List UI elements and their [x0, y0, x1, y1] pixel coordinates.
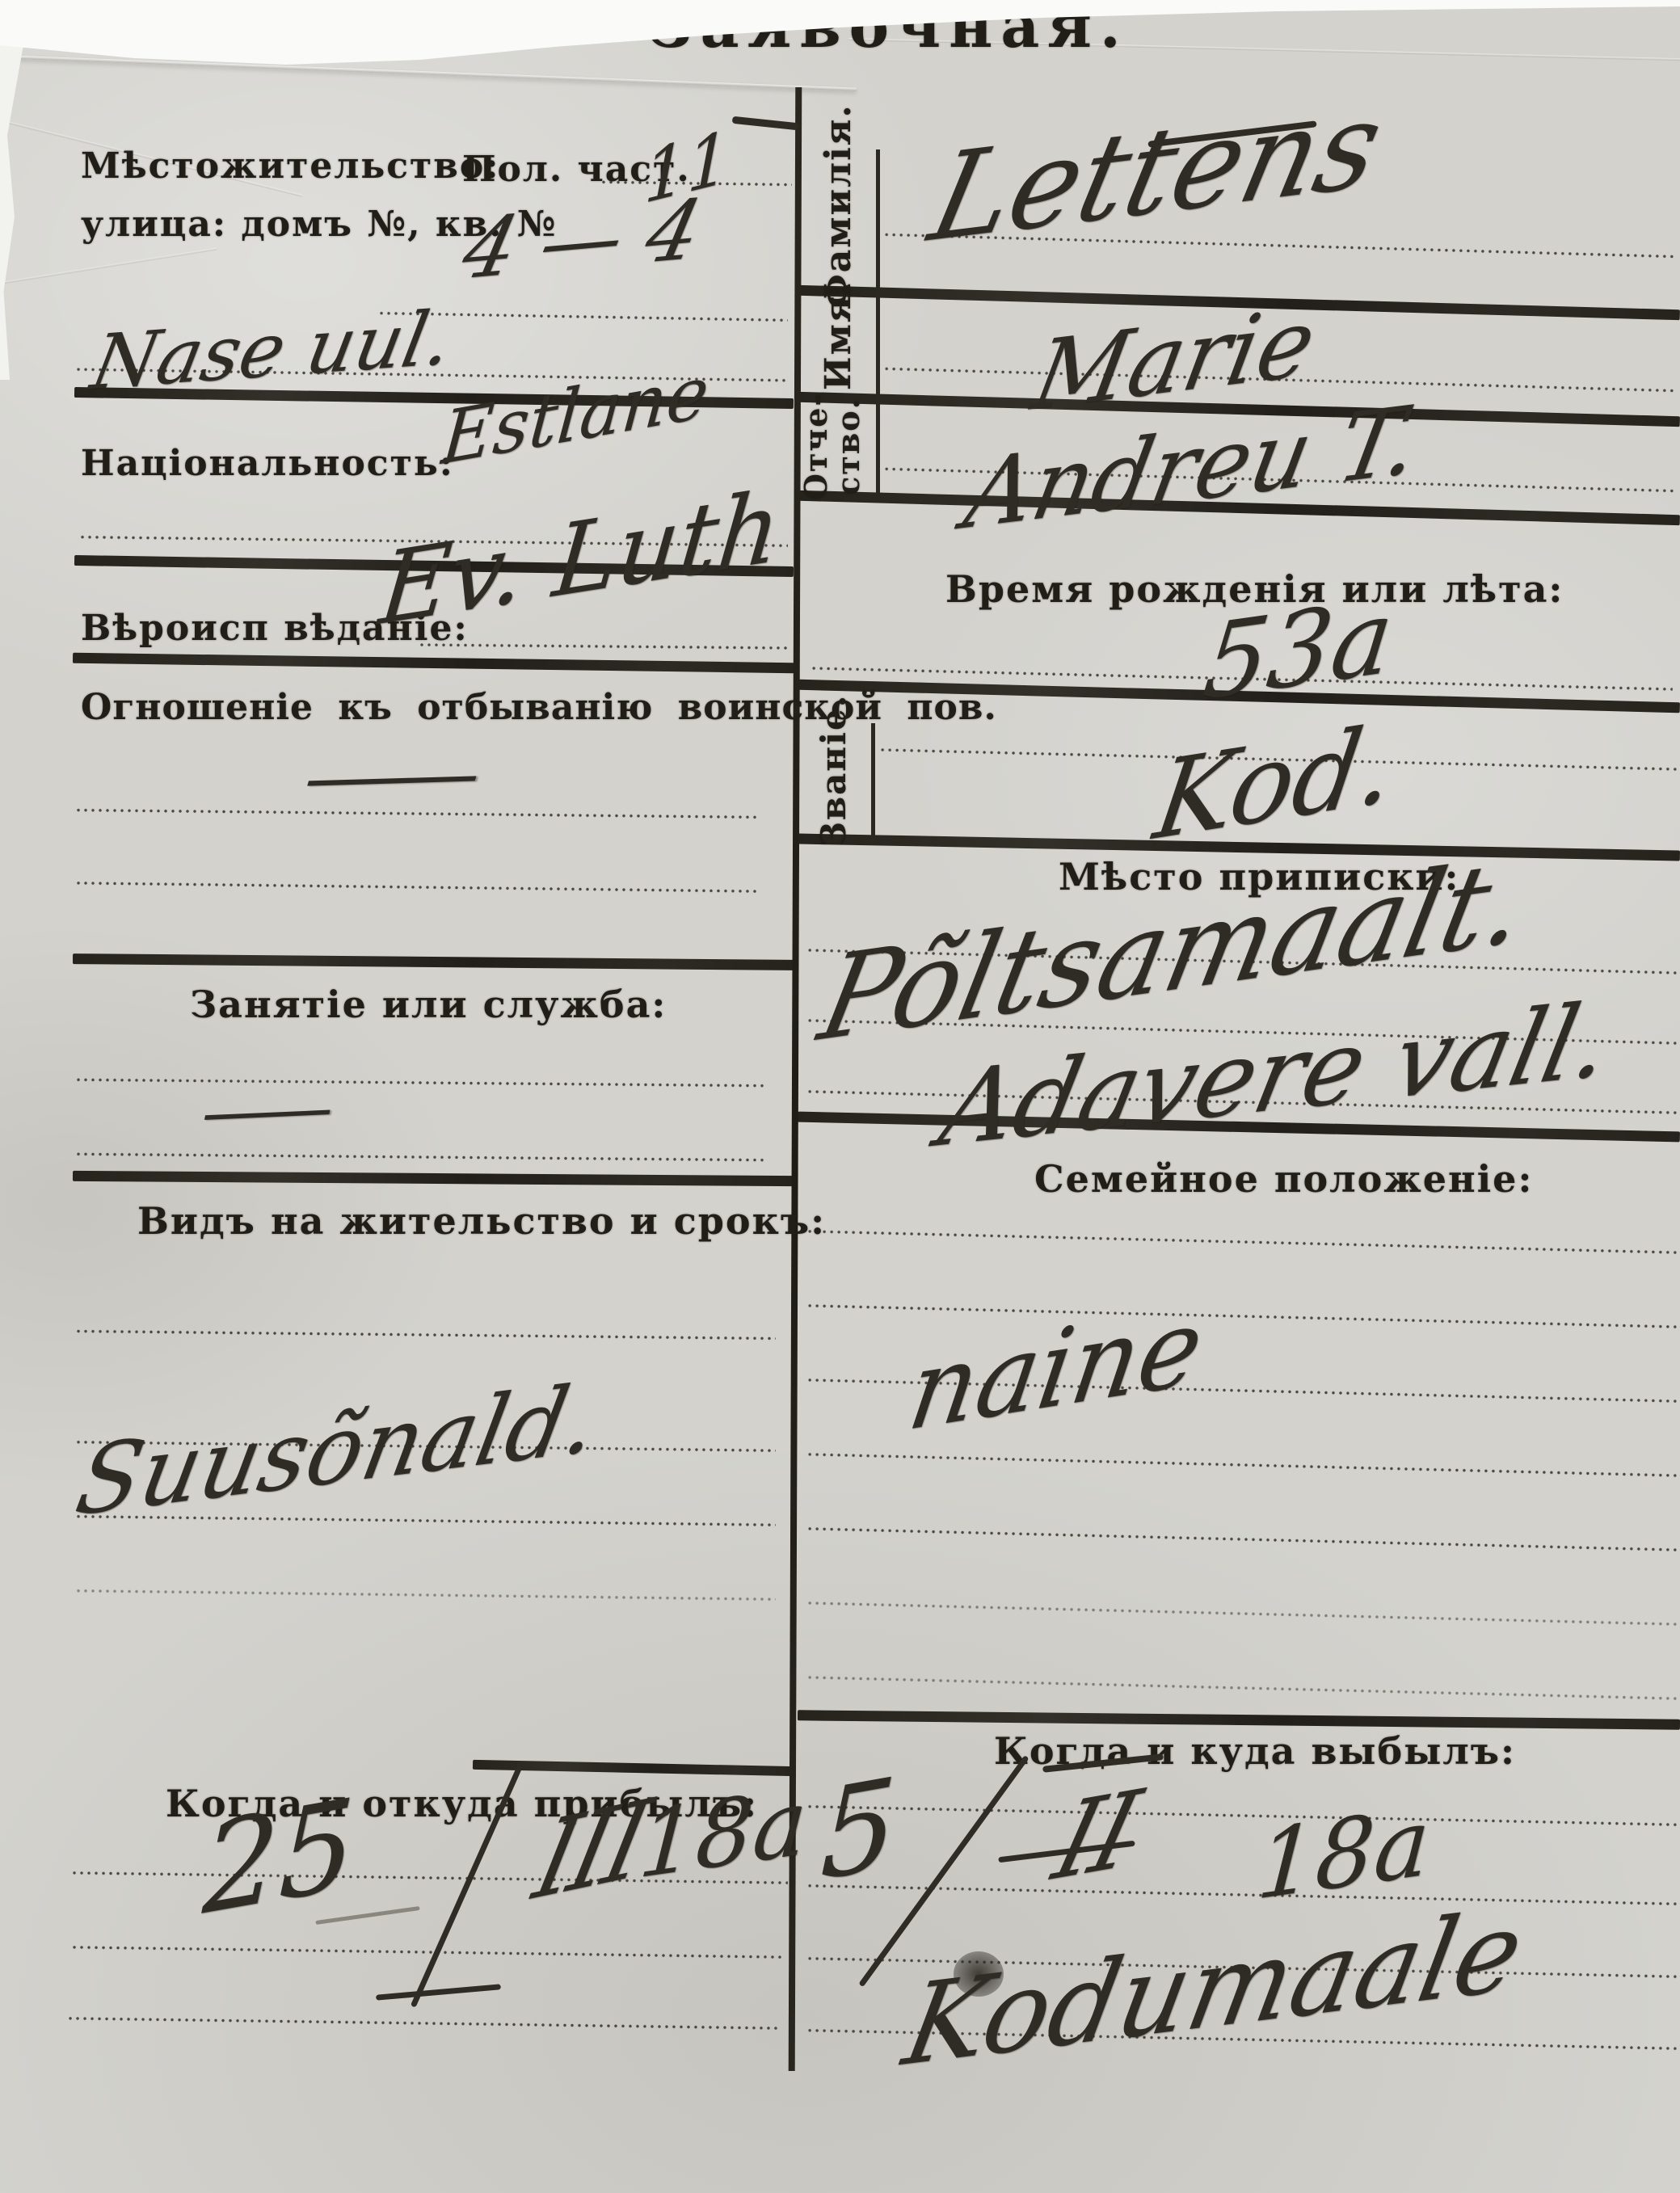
- dotted-rule: [77, 1152, 768, 1161]
- departure-day-handwritten: 5: [819, 1752, 899, 1909]
- departure-month-handwritten: II: [1042, 1767, 1148, 1905]
- firstname-label: Имя.: [818, 293, 855, 390]
- dotted-rule: [808, 1527, 1677, 1551]
- torn-paper-edge-left: [0, 40, 24, 380]
- rank-value-handwritten: Kod.: [1147, 700, 1404, 865]
- patronymic-label-line2: ство.: [830, 397, 866, 495]
- dotted-rule: [808, 1884, 1677, 1906]
- dotted-rule: [808, 1805, 1677, 1827]
- surname-value-handwritten: Lettens: [919, 74, 1395, 270]
- nationality-value-handwritten: Estlane: [439, 348, 712, 481]
- dotted-rule: [73, 1946, 784, 1959]
- rank-label: Званіе.: [814, 689, 851, 851]
- military-service-value-handwritten: —: [292, 729, 491, 823]
- patronymic-label: Отче- ство.: [800, 385, 865, 507]
- dotted-rule: [808, 1676, 1677, 1700]
- thick-rule: [73, 653, 794, 673]
- dotted-rule: [808, 1453, 1677, 1477]
- dotted-rule: [420, 643, 788, 650]
- military-service-label: Огношеніе къ отбыванію воинской пов.: [81, 687, 997, 728]
- residence-label: Мѣстожительство:: [81, 145, 499, 187]
- nationality-label: Національность:: [81, 443, 454, 484]
- street-name-handwritten: Nase uul.: [85, 294, 459, 407]
- permit-value-handwritten: Suusõnald.: [68, 1363, 607, 1538]
- occupation-value-handwritten: —: [191, 1067, 342, 1153]
- ink-dash: [376, 1984, 501, 2000]
- dotted-rule: [77, 882, 760, 893]
- thick-rule: [73, 1171, 794, 1186]
- street-number-handwritten: 4 — 4: [454, 181, 710, 298]
- dotted-rule: [77, 1589, 776, 1602]
- departure-destination-handwritten: Kodumaale: [895, 1885, 1533, 2091]
- paper-crease: [0, 248, 217, 288]
- dotted-rule: [77, 1329, 776, 1340]
- dotted-rule: [77, 1078, 768, 1087]
- occupation-label: Занятіе или служба:: [190, 983, 667, 1026]
- dotted-rule: [69, 2017, 780, 2030]
- residence-permit-label: Видъ на жительство и срокъ:: [137, 1199, 826, 1243]
- label-column-line: [871, 723, 875, 844]
- dotted-rule: [808, 1230, 1677, 1254]
- patronymic-label-line1: Отче-: [798, 392, 834, 500]
- label-column-line: [876, 149, 880, 493]
- thick-rule: [73, 953, 794, 970]
- thick-rule: [798, 1710, 1680, 1729]
- dotted-rule: [808, 1602, 1677, 1626]
- family-status-label: Семейное положеніе:: [1034, 1157, 1533, 1201]
- divider-top-bracket: [732, 116, 798, 131]
- religion-value-handwritten: Ev. Luth: [375, 469, 786, 648]
- registration-card: Заявочная. Мѣстожительство: Пол. част. 1…: [0, 0, 1680, 2193]
